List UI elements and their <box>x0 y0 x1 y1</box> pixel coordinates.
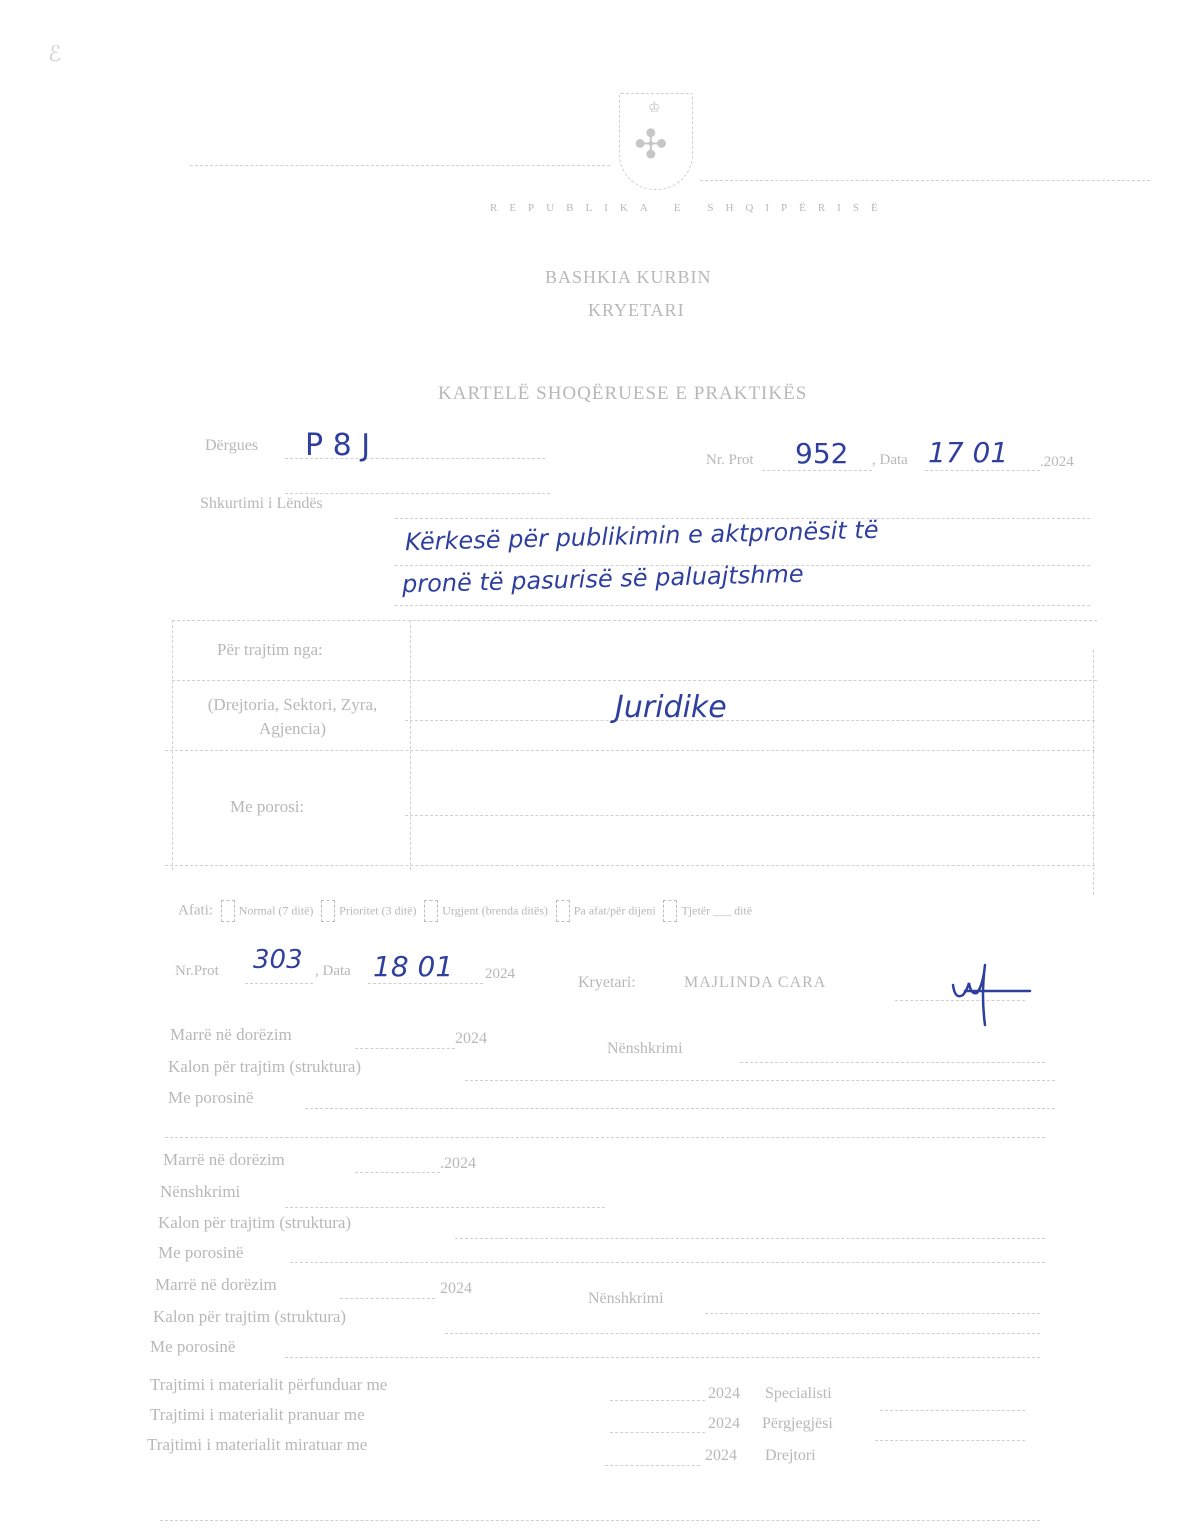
handling-label: Për trajtim nga: <box>217 640 323 660</box>
instructions-label: Me porosi: <box>230 797 304 817</box>
block3-order-label: Me porosinë <box>150 1337 235 1357</box>
deadline-option-urgent: Urgjent (brenda ditës) <box>442 903 548 917</box>
date-value: 17 01 <box>928 436 1008 469</box>
document-title: KARTELË SHOQËRUESE E PRAKTIKËS <box>438 383 807 405</box>
block2-order-label: Me porosinë <box>158 1243 243 1263</box>
block1-order-label: Me porosinë <box>168 1088 253 1108</box>
block3-signature-field[interactable] <box>705 1313 1040 1314</box>
deadline-option-no-deadline: Pa afat/për dijeni <box>574 903 656 917</box>
block2-year: .2024 <box>440 1155 476 1173</box>
date-field[interactable] <box>925 470 1040 471</box>
mayor-prot-value: 303 <box>253 945 303 975</box>
crest-icon: ♔ ✣ <box>619 93 693 190</box>
sender-value: P 8 J <box>305 428 370 463</box>
block2-forward-label: Kalon për trajtim (struktura) <box>158 1213 351 1233</box>
block1-signature-field[interactable] <box>740 1062 1045 1063</box>
mayor-name: MAJLINDA CARA <box>684 974 826 992</box>
subject-rule-3 <box>395 605 1090 606</box>
closing-completed-date-field[interactable] <box>610 1400 705 1401</box>
block3-year: 2024 <box>440 1280 472 1298</box>
subject-line-1: Kërkesë për publikimin e aktpronësit të <box>405 516 879 556</box>
closing-received-role: Përgjegjësi <box>762 1415 833 1433</box>
deadline-label: Afati: <box>178 902 213 918</box>
deadline-row: Afati: Normal (7 ditë) Prioritet (3 ditë… <box>178 900 752 922</box>
deadline-checkbox-other[interactable] <box>663 900 677 922</box>
block2-signature-field[interactable] <box>285 1207 605 1208</box>
block3-order-field[interactable] <box>285 1357 1040 1358</box>
date-year: .2024 <box>1040 454 1074 471</box>
signature-icon <box>935 955 1035 1030</box>
sender-label: Dërgues <box>205 437 258 455</box>
closing-received-year: 2024 <box>708 1415 740 1433</box>
closing-completed-role: Specialisti <box>765 1385 832 1403</box>
closing-approved-label: Trajtimi i materialit miratuar me <box>147 1435 367 1455</box>
block3-forward-field[interactable] <box>445 1333 1040 1334</box>
office-heading: KRYETARI <box>588 300 685 321</box>
prot-value: 952 <box>795 437 848 470</box>
subject-label: Shkurtimi i Lëndës <box>200 495 323 513</box>
closing-received-label: Trajtimi i materialit pranuar me <box>150 1405 365 1425</box>
block1-order-field[interactable] <box>305 1108 1055 1109</box>
block1-year: 2024 <box>455 1030 487 1048</box>
helmet-icon: ♔ <box>648 100 661 116</box>
header-rule-left <box>190 165 610 166</box>
department-value: Juridike <box>615 690 727 725</box>
block2-received-label: Marrë në dorëzim <box>163 1150 285 1170</box>
prot-label: Nr. Prot <box>706 452 754 469</box>
mayor-date-label: , Data <box>315 963 351 980</box>
closing-received-date-field[interactable] <box>610 1432 705 1433</box>
block3-forward-label: Kalon për trajtim (struktura) <box>153 1307 346 1327</box>
closing-completed-signature-field[interactable] <box>880 1410 1025 1411</box>
block1-received-label: Marrë në dorëzim <box>170 1025 292 1045</box>
date-label: , Data <box>872 452 908 469</box>
block2-signature-label: Nënshkrimi <box>160 1182 240 1202</box>
mayor-date-year: 2024 <box>485 966 515 983</box>
closing-completed-label: Trajtimi i materialit përfunduar me <box>150 1375 387 1395</box>
instructions-field[interactable] <box>420 770 1085 860</box>
closing-approved-role: Drejtori <box>765 1447 816 1465</box>
deadline-checkbox-normal[interactable] <box>221 900 235 922</box>
deadline-option-other: Tjetër ___ ditë <box>681 903 752 917</box>
mayor-date-field[interactable] <box>368 983 483 984</box>
closing-completed-year: 2024 <box>708 1385 740 1403</box>
deadline-option-priority: Prioritet (3 ditë) <box>339 903 416 917</box>
block1-signature-label: Nënshkrimi <box>607 1040 683 1058</box>
eagle-icon: ✣ <box>634 122 668 168</box>
deadline-option-normal: Normal (7 ditë) <box>239 903 314 917</box>
deadline-checkbox-urgent[interactable] <box>424 900 438 922</box>
mayor-prot-label: Nr.Prot <box>175 963 219 980</box>
deadline-checkbox-no-deadline[interactable] <box>556 900 570 922</box>
closing-approved-year: 2024 <box>705 1447 737 1465</box>
mayor-date-value: 18 01 <box>373 950 453 983</box>
block2-received-date-field[interactable] <box>355 1172 440 1173</box>
department-label: (Drejtoria, Sektori, Zyra, Agjencia) <box>195 693 390 741</box>
mayor-role-label: Kryetari: <box>578 974 636 992</box>
block2-order-field[interactable] <box>290 1262 1045 1263</box>
block1-forward-label: Kalon për trajtim (struktura) <box>168 1057 361 1077</box>
closing-received-signature-field[interactable] <box>875 1440 1025 1441</box>
block1-forward-field[interactable] <box>465 1080 1055 1081</box>
block1-rule <box>165 1137 1045 1138</box>
mayor-prot-field[interactable] <box>245 983 313 984</box>
republic-heading: REPUBLIKA E SHQIPËRISË <box>490 202 890 214</box>
block3-signature-label: Nënshkrimi <box>588 1290 664 1308</box>
closing-approved-date-field[interactable] <box>605 1465 700 1466</box>
prot-field[interactable] <box>762 470 872 471</box>
block3-received-date-field[interactable] <box>340 1298 435 1299</box>
block1-received-date-field[interactable] <box>355 1048 455 1049</box>
municipality-heading: BASHKIA KURBIN <box>545 267 712 288</box>
deadline-checkbox-priority[interactable] <box>321 900 335 922</box>
block3-received-label: Marrë në dorëzim <box>155 1275 277 1295</box>
header-rule-right <box>700 180 1150 181</box>
block2-forward-field[interactable] <box>455 1238 1045 1239</box>
sender-rule-2 <box>285 493 550 494</box>
stamp-mark-icon: ℰ <box>48 42 61 67</box>
footer-rule <box>160 1520 1040 1521</box>
